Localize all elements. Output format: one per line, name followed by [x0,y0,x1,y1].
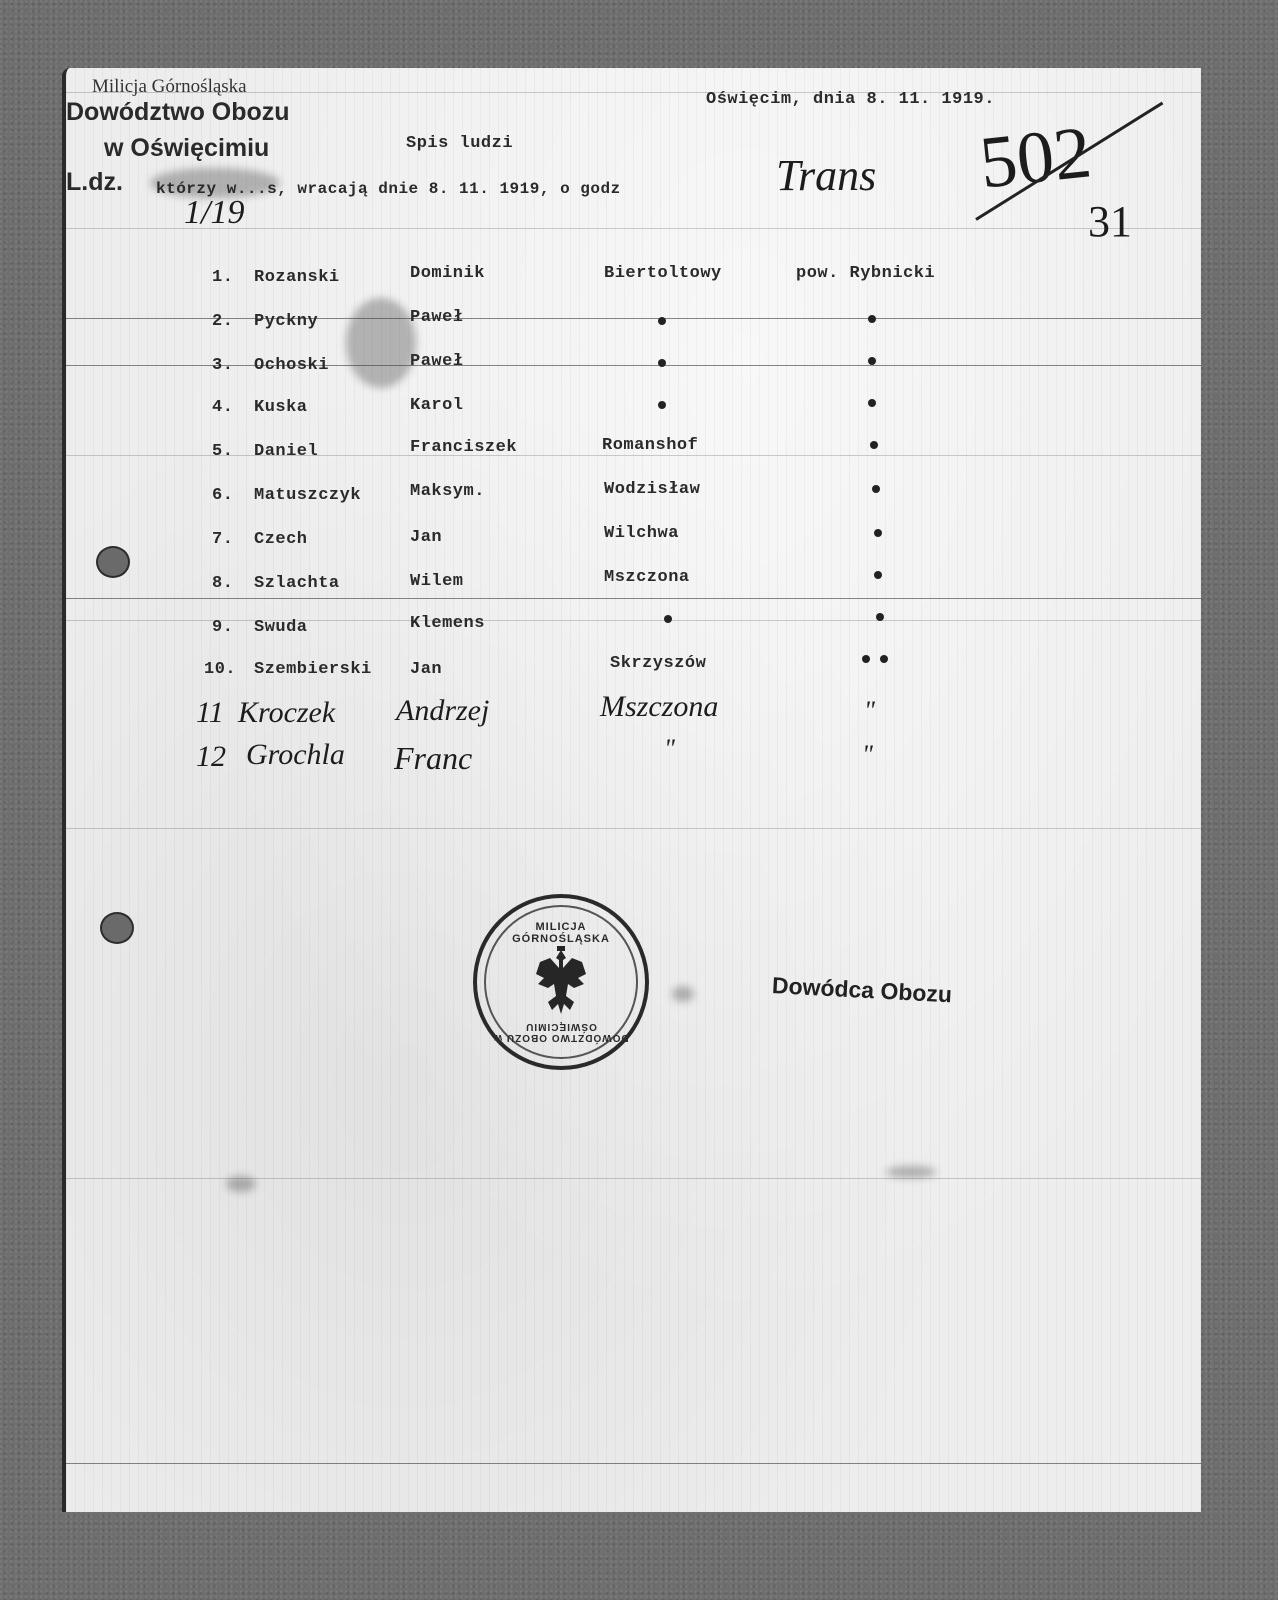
row-surname: Czech [254,530,308,549]
ditto-mark [868,310,876,328]
row-first-name: Jan [410,660,442,679]
row-number: 10. [204,660,236,679]
row-locality: Biertoltowy [604,264,722,283]
row-locality: Mszczona [604,568,690,587]
eagle-emblem-icon [526,944,596,1020]
ditto-mark [876,608,884,626]
stamp-bottom-text: DOWÓDZTWO OBOZU w OŚWIĘCIMIU [486,1021,636,1043]
row-surname: Ochoski [254,356,329,375]
ditto-mark [658,396,666,414]
row-first-name: Jan [410,528,442,547]
row-first-name: Franciszek [410,438,517,457]
ref-number-handwritten: 1/19 [184,194,244,232]
ditto-mark [870,436,878,454]
row-surname: Matuszczyk [254,486,361,505]
ditto-mark [872,480,880,498]
ditto-mark [874,566,882,584]
row-district: " [862,740,873,770]
row-locality: Wodzisław [604,480,700,499]
org-line-3: w Oświęcimiu [104,134,269,163]
ruled-line [66,828,1201,829]
row-surname: Rozanski [254,268,340,287]
row-number: 3. [212,356,233,375]
row-surname: Kuska [254,398,308,417]
row-number: 7. [212,530,233,549]
org-line-2: Dowództwo Obozu [66,98,290,127]
row-number: 11 [196,696,224,730]
ditto-mark [868,394,876,412]
stamp-inner-ring: MILICJA GÓRNOŚLĄSKA DOWÓDZTWO OBOZU w OŚ… [484,905,638,1059]
document-title: Spis ludzi [406,134,513,153]
document-page: Milicja Górnośląska Dowództwo Obozu w Oś… [62,68,1201,1512]
row-locality: Skrzyszów [610,654,706,673]
document-subtitle: którzy w...s, wracają dnie 8. 11. 1919, … [156,180,621,198]
row-first-name: Paweł [410,352,464,371]
ruled-line [66,598,1201,599]
row-surname: Swuda [254,618,308,637]
ruled-line [66,455,1201,456]
row-locality: Romanshof [602,436,698,455]
row-locality: Wilchwa [604,524,679,543]
ruled-line [66,365,1201,366]
ditto-mark [862,650,888,668]
ruled-line [66,1463,1201,1464]
row-number: 9. [212,618,233,637]
punch-hole-icon [100,912,134,944]
row-number: 2. [212,312,233,331]
row-number: 5. [212,442,233,461]
row-number: 1. [212,268,233,287]
row-first-name: Andrzej [396,694,489,728]
row-number: 12 [196,740,226,774]
archive-folio: 31 [1088,196,1132,247]
punch-hole-icon [96,546,130,578]
ref-label: L.dz. [66,168,123,197]
subtitle-handwritten: Trans [776,150,876,201]
ditto-mark [658,312,666,330]
row-first-name: Karol [410,396,464,415]
row-first-name: Dominik [410,264,485,283]
commander-signoff: Dowódca Obozu [771,972,952,1008]
org-line-1: Milicja Górnośląska [92,76,247,98]
row-district: " [864,696,875,726]
row-locality: Mszczona [600,690,718,724]
row-locality: " [664,734,675,764]
stamp-top-text: MILICJA GÓRNOŚLĄSKA [486,921,636,945]
row-number: 8. [212,574,233,593]
ink-smudge [672,986,694,1002]
archive-number: 502 [976,110,1095,206]
place-date: Oświęcim, dnia 8. 11. 1919. [706,90,995,109]
row-first-name: Franc [394,740,472,777]
ink-smudge [886,1166,936,1178]
row-first-name: Klemens [410,614,485,633]
row-first-name: Paweł [410,308,464,327]
row-first-name: Maksym. [410,482,485,501]
row-surname: Daniel [254,442,318,461]
row-number: 6. [212,486,233,505]
ink-smudge [226,1176,256,1192]
row-first-name: Wilem [410,572,464,591]
ruled-line [66,318,1201,319]
row-surname: Szembierski [254,660,372,679]
ditto-mark [658,354,666,372]
row-surname: Szlachta [254,574,340,593]
official-stamp: MILICJA GÓRNOŚLĄSKA DOWÓDZTWO OBOZU w OŚ… [473,894,649,1070]
ruled-line [66,620,1201,621]
row-surname: Kroczek [238,696,335,730]
row-surname: Pyckny [254,312,318,331]
ink-smudge [346,298,416,388]
row-district: pow. Rybnicki [796,264,935,283]
ditto-mark [874,524,882,542]
row-surname: Grochla [246,738,345,772]
row-number: 4. [212,398,233,417]
ditto-mark [664,610,672,628]
ditto-mark [868,352,876,370]
